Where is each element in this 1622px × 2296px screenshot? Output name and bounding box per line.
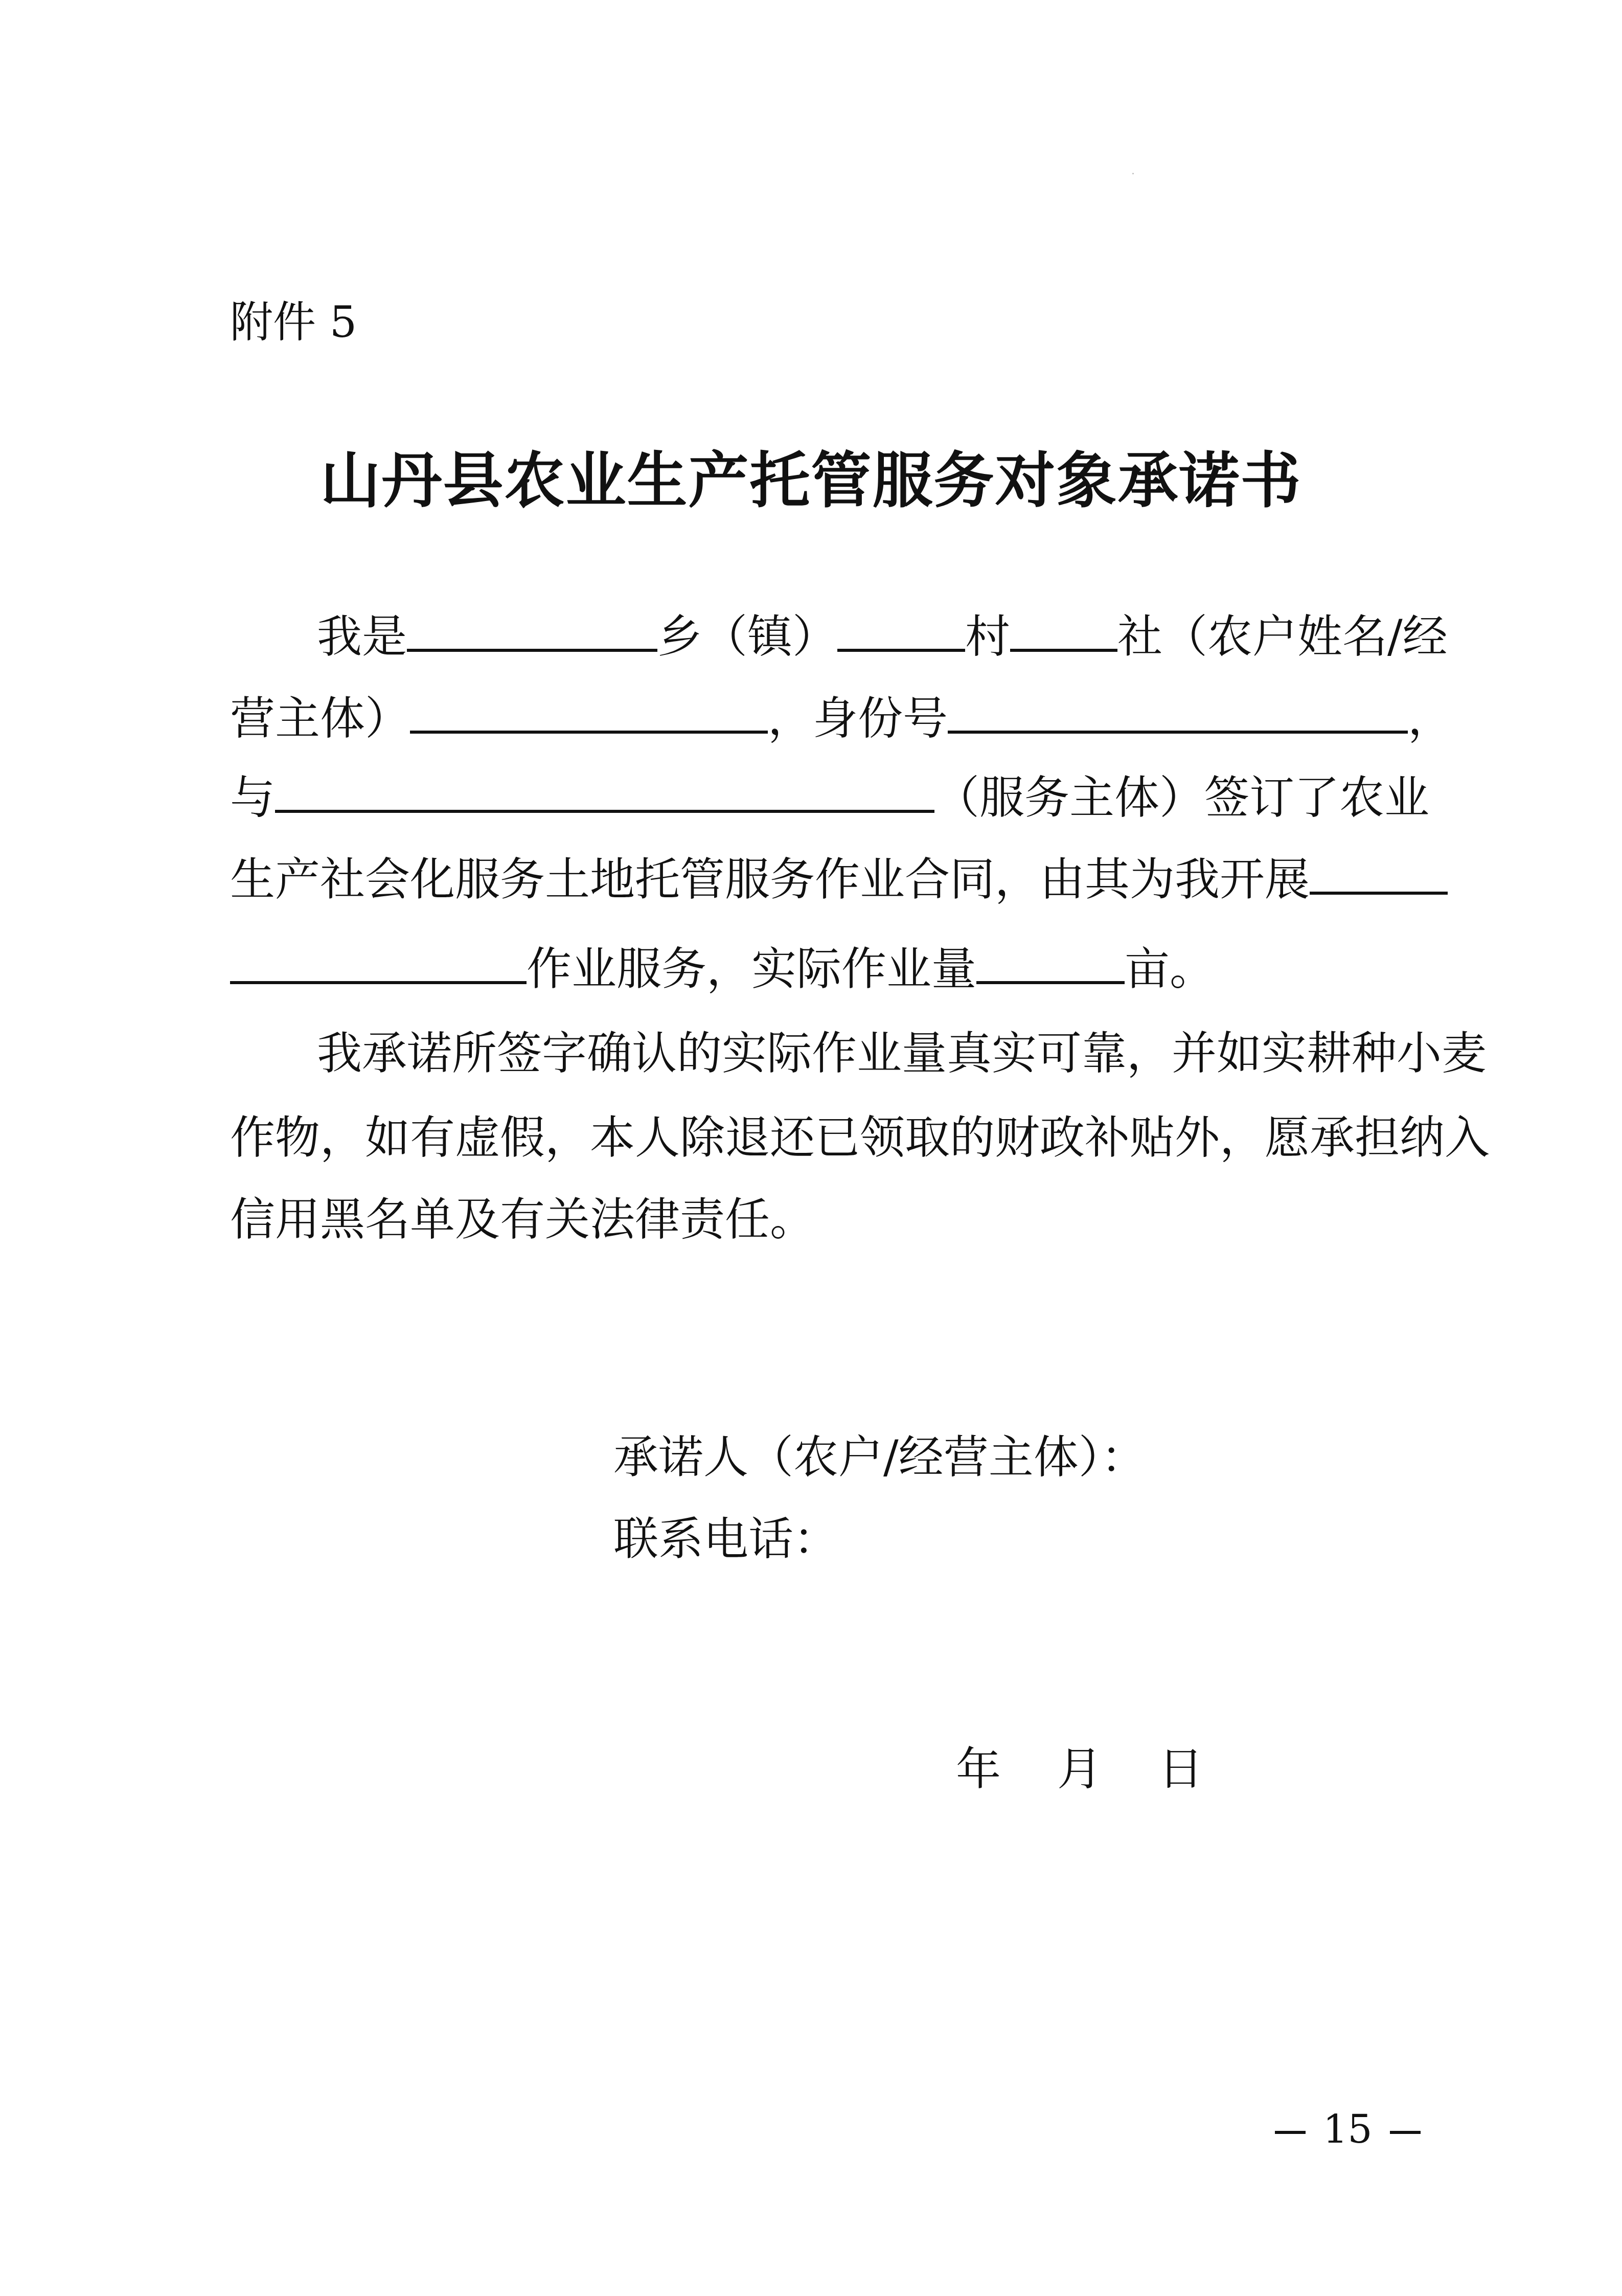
service-type-blank-part1[interactable] bbox=[1310, 856, 1448, 895]
group-blank[interactable] bbox=[1010, 613, 1117, 652]
text: ， bbox=[1408, 692, 1453, 744]
day-label: 日 bbox=[1158, 1741, 1203, 1797]
page-number: 15 bbox=[1258, 2104, 1438, 2155]
scan-speck bbox=[1132, 173, 1134, 174]
service-provider-blank[interactable] bbox=[275, 774, 934, 813]
month-label: 月 bbox=[1057, 1741, 1102, 1797]
township-blank[interactable] bbox=[407, 613, 657, 652]
text: 亩。 bbox=[1125, 942, 1215, 995]
farmer-name-blank[interactable] bbox=[410, 695, 768, 734]
paragraph1-line5: 作业服务，实际作业量亩。 bbox=[230, 941, 1406, 997]
text: 村 bbox=[965, 610, 1010, 663]
text: 与 bbox=[230, 771, 275, 824]
paragraph1-line1: 我是乡（镇）村社（农户姓名/经 bbox=[317, 608, 1493, 665]
promisor-label: 承诺人（农户/经营主体）： bbox=[613, 1429, 1146, 1485]
dash-right bbox=[1390, 2131, 1421, 2134]
paragraph1-line2: 营主体），身份号， bbox=[230, 690, 1406, 746]
paragraph2-line3: 信用黑名单及有关法律责任。 bbox=[230, 1191, 1406, 1247]
attachment-label: 附件 5 bbox=[230, 297, 357, 348]
village-blank[interactable] bbox=[837, 613, 965, 652]
paragraph2-line2: 作物，如有虚假，本人除退还已领取的财政补贴外，愿承担纳入 bbox=[230, 1109, 1406, 1166]
text: 营主体） bbox=[230, 692, 410, 744]
id-number-blank[interactable] bbox=[948, 695, 1408, 734]
dash-left bbox=[1275, 2131, 1306, 2134]
date-line: 年月日 bbox=[956, 1741, 1260, 1797]
text: （服务主体）签订了农业 bbox=[934, 771, 1429, 824]
text: 作业服务，实际作业量 bbox=[527, 942, 976, 995]
service-type-blank-part2[interactable] bbox=[230, 945, 527, 984]
text: 我是 bbox=[317, 610, 407, 663]
text: 生产社会化服务土地托管服务作业合同，由其为我开展 bbox=[230, 853, 1310, 905]
acreage-blank[interactable] bbox=[976, 945, 1125, 984]
text: 社（农户姓名/经 bbox=[1117, 610, 1448, 663]
paragraph2-line1: 我承诺所签字确认的实际作业量真实可靠，并如实耕种小麦 bbox=[317, 1025, 1493, 1081]
paragraph1-line3: 与（服务主体）签订了农业 bbox=[230, 769, 1406, 826]
document-title: 山丹县农业生产托管服务对象承诺书 bbox=[0, 445, 1622, 516]
paragraph1-line4: 生产社会化服务土地托管服务作业合同，由其为我开展 bbox=[230, 851, 1406, 907]
text: 乡（镇） bbox=[657, 610, 837, 663]
year-label: 年 bbox=[956, 1741, 1001, 1797]
page-number-value: 15 bbox=[1323, 2106, 1373, 2152]
text: ，身份号 bbox=[768, 692, 948, 744]
phone-label: 联系电话： bbox=[613, 1511, 838, 1567]
